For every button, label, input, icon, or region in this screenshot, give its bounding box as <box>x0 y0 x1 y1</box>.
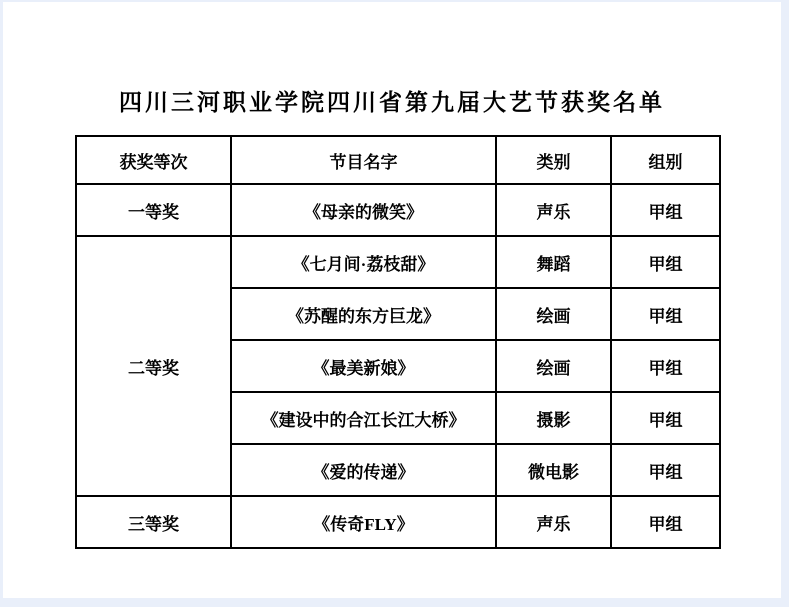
program-cell: 《七月间·荔枝甜》 <box>231 236 496 288</box>
awards-table: 获奖等次 节目名字 类别 组别 一等奖 《母亲的微笑》 声乐 甲组 二等奖 《七… <box>75 135 721 549</box>
header-award-level: 获奖等次 <box>76 136 231 184</box>
program-cell: 《爱的传递》 <box>231 444 496 496</box>
header-program-name: 节目名字 <box>231 136 496 184</box>
table-row: 二等奖 《七月间·荔枝甜》 舞蹈 甲组 <box>76 236 720 288</box>
program-cell: 《最美新娘》 <box>231 340 496 392</box>
table-row: 三等奖 《传奇FLY》 声乐 甲组 <box>76 496 720 548</box>
header-row: 获奖等次 节目名字 类别 组别 <box>76 136 720 184</box>
group-cell: 甲组 <box>611 184 720 236</box>
program-cell: 《母亲的微笑》 <box>231 184 496 236</box>
document-page: 四川三河职业学院四川省第九届大艺节获奖名单 获奖等次 节目名字 类别 组别 一等… <box>3 2 781 598</box>
program-cell: 《传奇FLY》 <box>231 496 496 548</box>
awards-table-header: 获奖等次 节目名字 类别 组别 <box>76 136 720 184</box>
group-cell: 甲组 <box>611 392 720 444</box>
table-row: 一等奖 《母亲的微笑》 声乐 甲组 <box>76 184 720 236</box>
award-cell: 一等奖 <box>76 184 231 236</box>
page-title: 四川三河职业学院四川省第九届大艺节获奖名单 <box>3 84 781 117</box>
program-cell: 《苏醒的东方巨龙》 <box>231 288 496 340</box>
category-cell: 声乐 <box>496 184 611 236</box>
group-cell: 甲组 <box>611 288 720 340</box>
category-cell: 微电影 <box>496 444 611 496</box>
group-cell: 甲组 <box>611 340 720 392</box>
award-cell: 三等奖 <box>76 496 231 548</box>
group-cell: 甲组 <box>611 496 720 548</box>
category-cell: 声乐 <box>496 496 611 548</box>
header-category: 类别 <box>496 136 611 184</box>
group-cell: 甲组 <box>611 444 720 496</box>
category-cell: 绘画 <box>496 288 611 340</box>
group-cell: 甲组 <box>611 236 720 288</box>
awards-table-body: 一等奖 《母亲的微笑》 声乐 甲组 二等奖 《七月间·荔枝甜》 舞蹈 甲组 《苏… <box>76 184 720 548</box>
category-cell: 摄影 <box>496 392 611 444</box>
header-group: 组别 <box>611 136 720 184</box>
program-cell: 《建设中的合江长江大桥》 <box>231 392 496 444</box>
award-cell: 二等奖 <box>76 236 231 496</box>
category-cell: 舞蹈 <box>496 236 611 288</box>
category-cell: 绘画 <box>496 340 611 392</box>
